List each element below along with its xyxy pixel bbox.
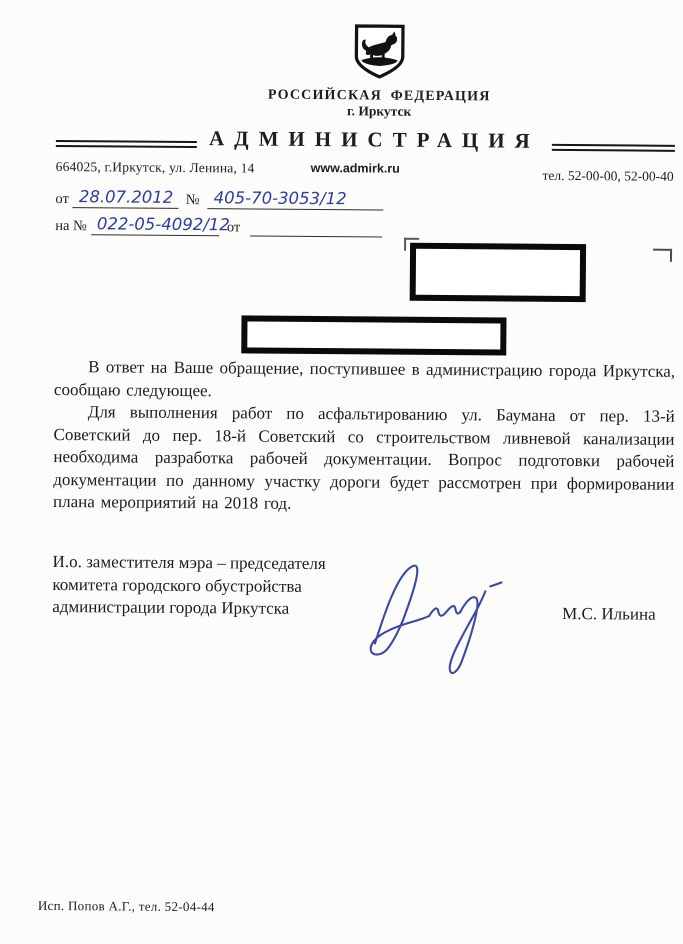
redaction-box-addressee-2 [241, 315, 506, 355]
handwritten-outgoing-number: 405-70-3053/12 [214, 188, 347, 208]
letterhead: РОССИЙСКАЯ ФЕДЕРАЦИЯ г. Иркутск [69, 20, 683, 121]
handwritten-incoming-number: 022-05-4092/12 [97, 214, 230, 234]
outgoing-reference-row: от 28.07.2012 № 405-70-3053/12 [55, 188, 475, 211]
signer-name: М.С. Ильина [562, 604, 656, 625]
executor-note: Исп. Попов А.Г., тел. 52-04-44 [38, 898, 215, 915]
organization-banner: АДМИНИСТРАЦИЯ [56, 125, 675, 158]
outgoing-number-field: 405-70-3053/12 [208, 189, 384, 210]
letterhead-phone: тел. 52-00-00, 52-00-40 [542, 168, 673, 185]
addressee-corner-mark-right [653, 249, 672, 262]
signer-title-line-3: администрации города Иркутска [52, 596, 325, 621]
reference-block: от 28.07.2012 № 405-70-3053/12 на № 022-… [55, 188, 475, 245]
scanned-letter-page: РОССИЙСКАЯ ФЕДЕРАЦИЯ г. Иркутск АДМИНИСТ… [0, 0, 683, 944]
empty-date-field [250, 220, 382, 238]
letterhead-address: 664025, г.Иркутск, ул. Ленина, 14 [56, 159, 255, 177]
reply-label: на № [55, 218, 91, 235]
scan-content: РОССИЙСКАЯ ФЕДЕРАЦИЯ г. Иркутск АДМИНИСТ… [0, 0, 683, 944]
irkutsk-coat-of-arms-icon [350, 22, 408, 85]
incoming-number-field: 022-05-4092/12 [91, 215, 219, 236]
signer-title-line-2: комитета городского обустройства [52, 573, 325, 598]
incoming-reference-row: на № 022-05-4092/12 от [55, 215, 475, 238]
number-label: № [179, 192, 204, 209]
signer-title: И.о. заместителя мэра – председателя ком… [52, 551, 326, 621]
letter-body: В ответ на Ваше обращение, поступившее в… [53, 356, 675, 518]
signer-title-line-1: И.о. заместителя мэра – председателя [52, 551, 325, 576]
contact-row: 664025, г.Иркутск, ул. Ленина, 14 www.ad… [56, 159, 674, 184]
letterhead-website: www.admirk.ru [311, 161, 400, 176]
body-paragraph-1: В ответ на Ваше обращение, поступившее в… [54, 356, 675, 406]
redaction-box-addressee-1 [410, 243, 586, 302]
organization-title: АДМИНИСТРАЦИЯ [197, 126, 552, 154]
signature-icon [345, 545, 511, 691]
date-field: 28.07.2012 [73, 188, 179, 209]
handwritten-date: 28.07.2012 [79, 187, 174, 207]
reply-from-label: от [219, 219, 245, 236]
body-paragraph-2: Для выполнения работ по асфальтированию … [53, 401, 675, 518]
from-label: от [55, 191, 73, 208]
